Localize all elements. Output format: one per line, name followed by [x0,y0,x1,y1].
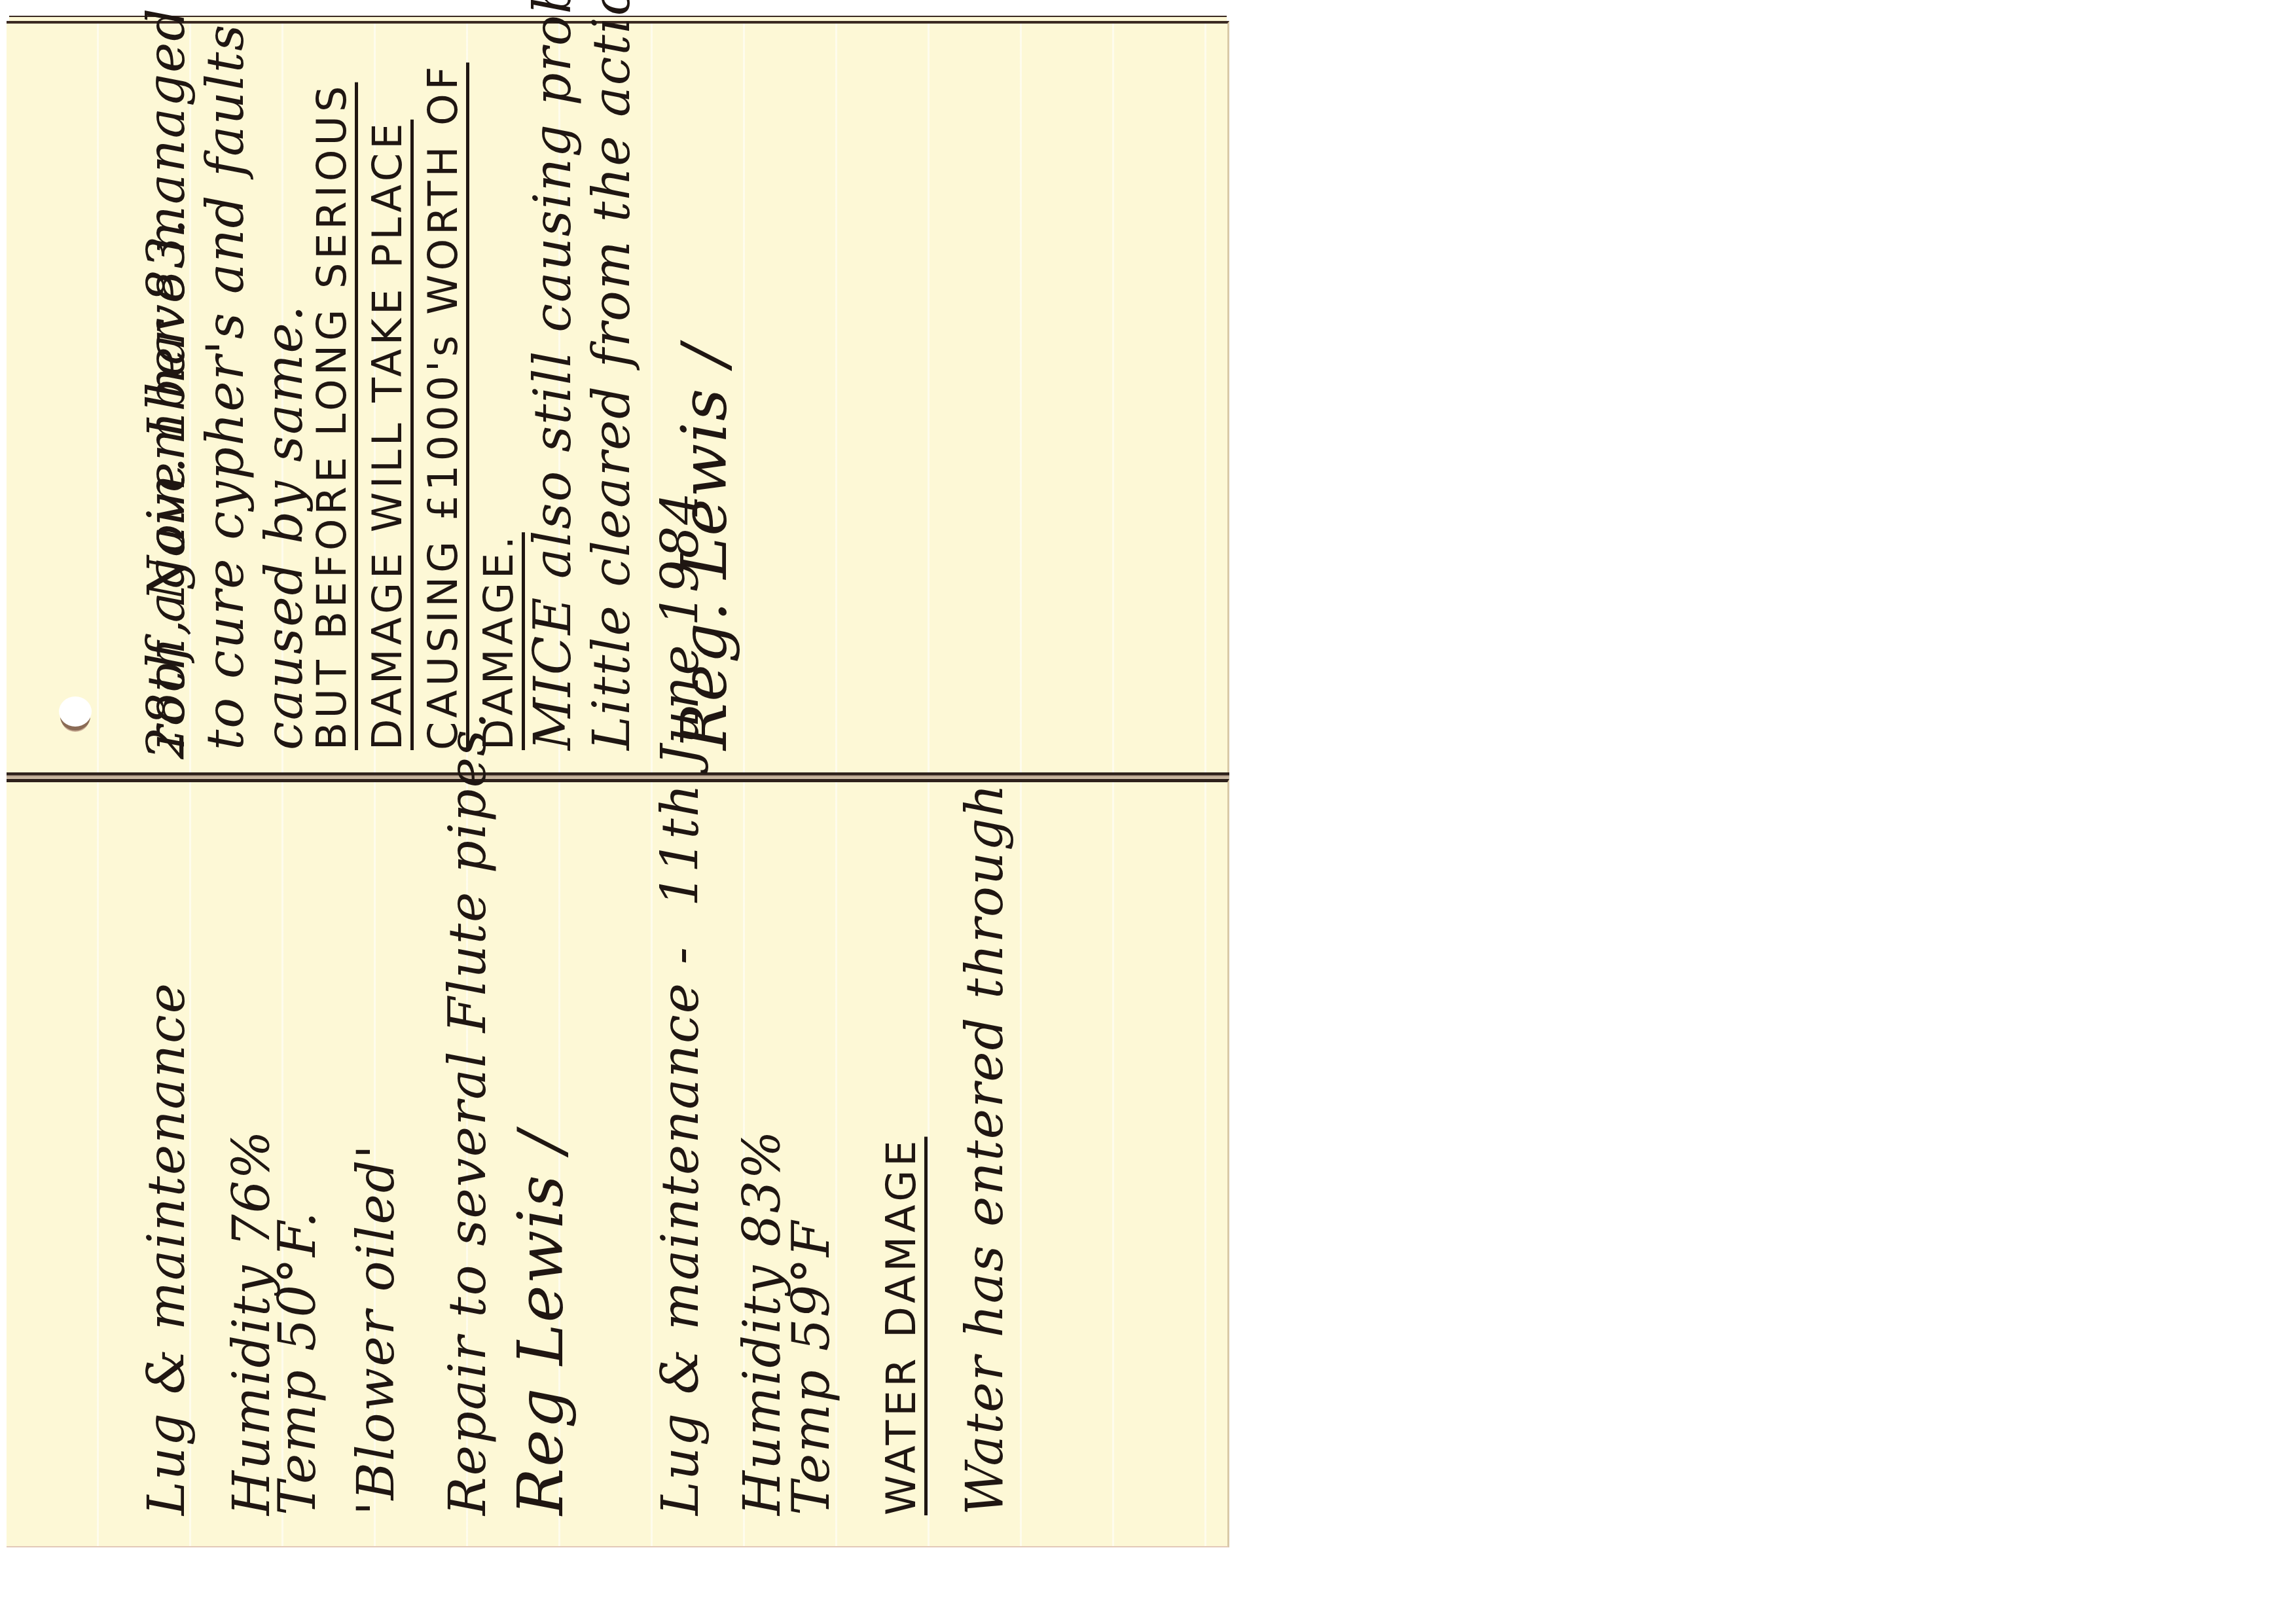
punch-hole [59,696,92,727]
warning-line: DAMAGE WILL TAKE PLACE [363,120,411,750]
water-damage-heading: WATER DAMAGE [877,1137,925,1515]
bottom-page: Lug & maintenance28th, November 83. Humi… [7,779,1229,1547]
text-line: MICE also still causing problems [524,0,583,750]
signature: Reg Lewis / [504,1130,577,1515]
text-line: caused by same. [255,304,314,750]
notebook: roof again. I have managed to cure cyphe… [7,9,1229,1547]
text-line: Little cleared from the action...:.. [583,0,642,750]
entry-1-temp: Temp 50°F. [268,1210,327,1515]
entry-1-date: 28th, November 83. [137,217,196,759]
entry-title: Lug & maintenance -11th June 1984 [651,491,710,1515]
entry-title: Lug & maintenance28th, November 83. [137,217,196,1515]
entry-1-title: Lug & maintenance [137,982,196,1515]
warning-line: BUT BEFORE LONG SERIOUS [308,82,355,750]
entry-2-date: 11th June 1984 [651,491,710,907]
entry-1-note: 'Blower oiled' [347,1144,406,1515]
entry-2-temp: Temp 59°F [782,1220,841,1515]
entry-2-title: Lug & maintenance - [651,946,710,1515]
entry-1-note: Repair to several Flute pipes. [439,711,497,1515]
text-line: to cure cypher's and faults [196,24,255,750]
warning-line: CAUSING £1000's WORTH OF [419,63,467,750]
entry-2-text: Water has entered through [956,783,1015,1515]
